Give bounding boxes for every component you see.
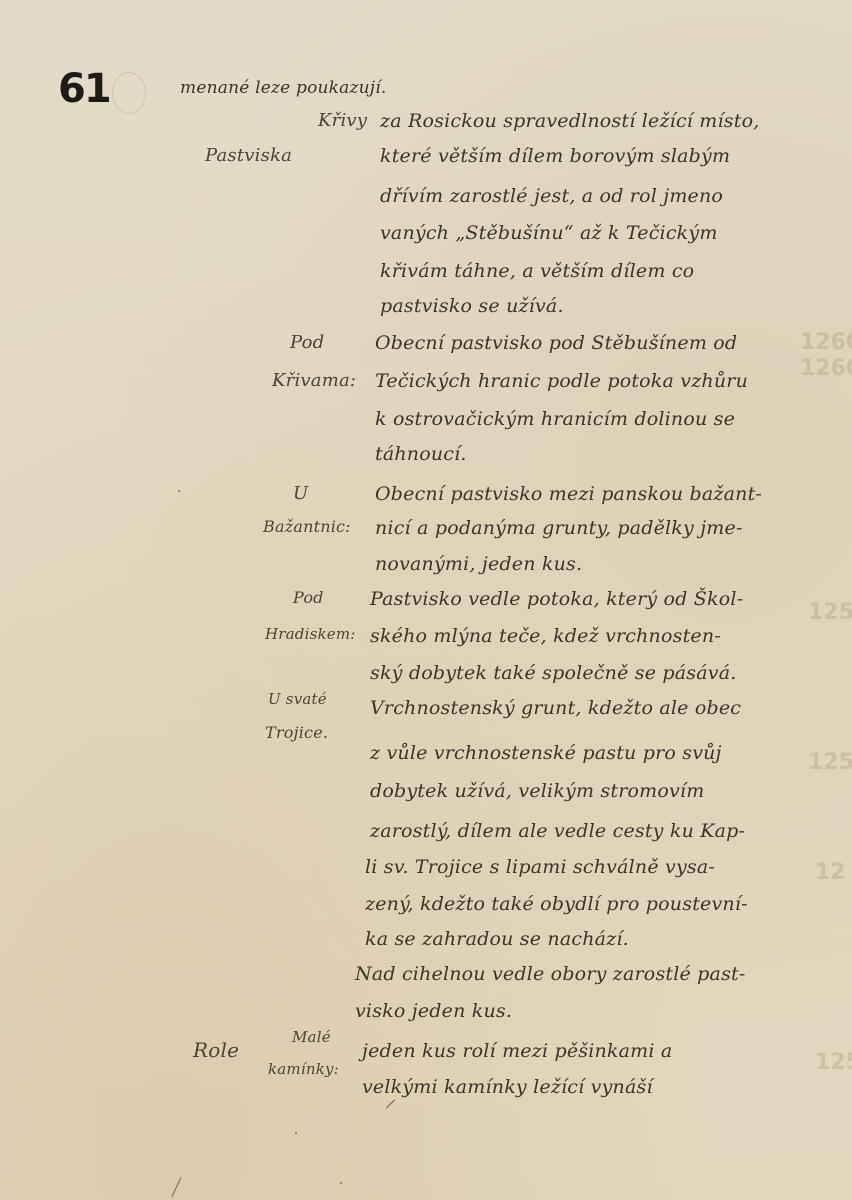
text-line: jeden kus rolí mezi pěšinkami a xyxy=(362,1040,672,1062)
margin-label: Hradiskem: xyxy=(265,625,356,643)
text-line: z vůle vrchnostenské pastu pro svůj xyxy=(370,742,722,764)
margin-label: Pod xyxy=(290,332,324,353)
text-line: k ostrovačickým hranicím dolinou se xyxy=(375,408,735,430)
text-line: zarostlý, dílem ale vedle cesty ku Kap- xyxy=(370,820,745,842)
text-line: za Rosickou spravedlností ležící místo, xyxy=(380,110,759,132)
bleed-through-mark: 125 xyxy=(808,750,852,775)
margin-label: Bažantnic: xyxy=(263,517,351,536)
page-number: 61 xyxy=(58,66,110,112)
text-line: nicí a podanýma grunty, padělky jme- xyxy=(375,517,743,539)
paper-speck xyxy=(340,1182,342,1184)
pen-stroke xyxy=(386,1099,395,1108)
text-line: visko jeden kus. xyxy=(355,1000,512,1022)
text-line: Nad cihelnou vedle obory zarostlé past- xyxy=(355,963,745,985)
text-line: ský dobytek také společně se pásává. xyxy=(370,662,736,684)
text-line: dřívím zarostlé jest, a od rol jmeno xyxy=(380,185,723,207)
bleed-through-mark: 1260 xyxy=(800,330,852,355)
margin-label: Křivy xyxy=(318,110,367,131)
text-line: novanými, jeden kus. xyxy=(375,553,582,575)
text-line: křivám táhne, a větším dílem co xyxy=(380,260,694,282)
margin-label: Křivama: xyxy=(272,370,356,391)
bleed-through-mark: 125 xyxy=(808,600,852,625)
text-line: Tečických hranic podle potoka vzhůru xyxy=(375,370,748,392)
paper-speck xyxy=(295,1132,297,1134)
text-line: ského mlýna teče, kdež vrchnosten- xyxy=(370,625,721,647)
category-label-pastviska: Pastviska xyxy=(205,145,292,166)
margin-label: Pod xyxy=(293,588,324,607)
text-line: Obecní pastvisko mezi panskou bažant- xyxy=(375,483,762,505)
text-line: li sv. Trojice s lipami schválně vysa- xyxy=(365,856,715,878)
manuscript-page: 61 1260 1260 125 125 12 125 menané leze … xyxy=(0,0,852,1200)
text-line: Vrchnostenský grunt, kdežto ale obec xyxy=(370,697,741,719)
text-line: ka se zahradou se nachází. xyxy=(365,928,629,950)
text-line: táhnoucí. xyxy=(375,443,467,465)
bleed-through-mark: 125 xyxy=(815,1050,852,1075)
text-line: vaných „Stěbušínu“ až k Tečickým xyxy=(380,222,718,244)
text-line: dobytek užívá, velikým stromovím xyxy=(370,780,704,802)
text-line: které větším dílem borovým slabým xyxy=(380,145,730,167)
bleed-through-mark: 12 xyxy=(815,860,846,885)
pen-stroke xyxy=(171,1177,181,1197)
margin-label: kamínky: xyxy=(268,1060,339,1078)
text-line: velkými kamínky ležící vynáší xyxy=(362,1076,653,1098)
margin-label: Malé xyxy=(292,1028,331,1046)
bleed-through-mark: 1260 xyxy=(800,356,852,381)
margin-label: U xyxy=(293,483,308,504)
margin-label: Trojice. xyxy=(265,723,328,742)
text-line: Pastvisko vedle potoka, který od Škol- xyxy=(370,588,743,610)
text-line: Obecní pastvisko pod Stěbušínem od xyxy=(375,332,737,354)
category-label-role: Role xyxy=(193,1038,239,1062)
text-line: zený, kdežto také obydlí pro poustevní- xyxy=(365,893,748,915)
text-line: menané leze poukazují. xyxy=(180,78,387,98)
margin-label: U svaté xyxy=(268,690,327,708)
paper-speck xyxy=(178,490,180,492)
text-line: pastvisko se užívá. xyxy=(380,295,564,317)
